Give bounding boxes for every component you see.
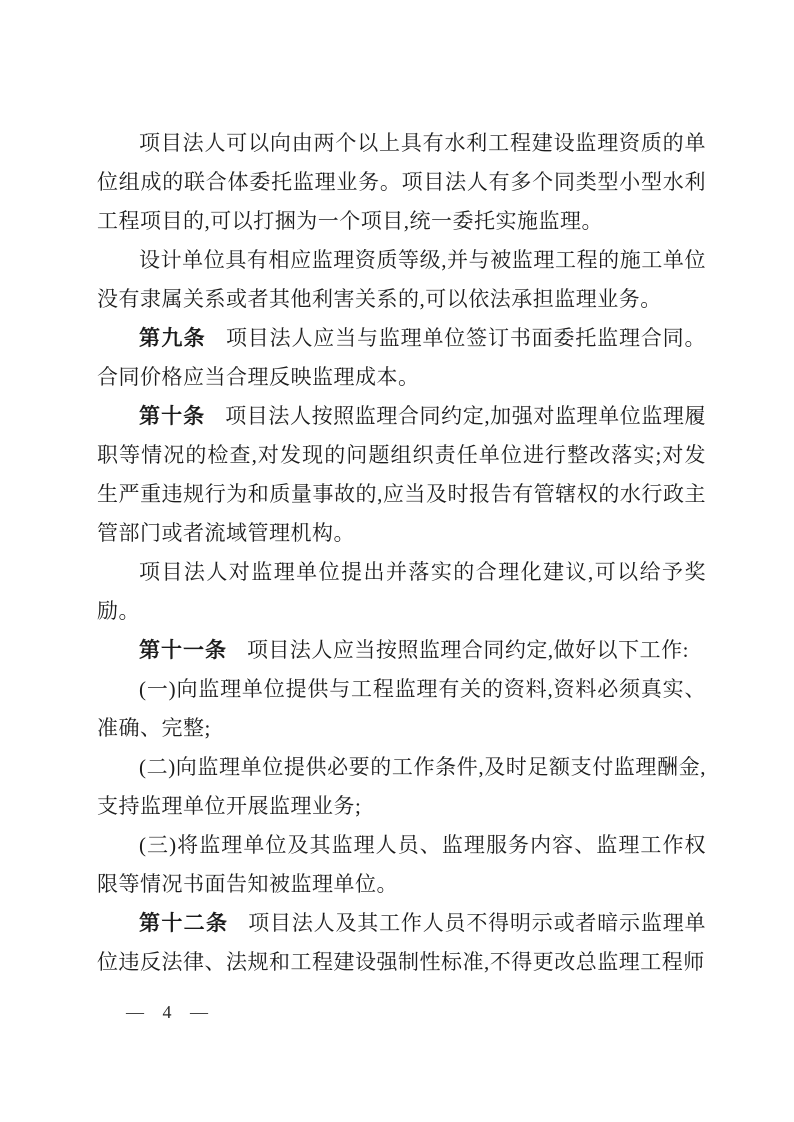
paragraph-text: 项目法人应当按照监理合同约定,做好以下工作: — [247, 638, 689, 662]
paragraph-text: (三)将监理单位及其监理人员、监理服务内容、监理工作权限等情况书面告知被监理单位… — [97, 833, 706, 896]
article-number: 第十二条 — [139, 912, 228, 935]
paragraph-text: 设计单位具有相应监理资质等级,并与被监理工程的施工单位没有隶属关系或者其他利害关… — [97, 248, 706, 311]
paragraph-text: 项目法人可以向由两个以上具有水利工程建设监理资质的单位组成的联合体委托监理业务。… — [97, 131, 706, 233]
paragraph: 第十二条项目法人及其工作人员不得明示或者暗示监理单位违反法律、法规和工程建设强制… — [97, 904, 706, 982]
page-number: — 4 — — [126, 1000, 215, 1024]
paragraph-text: (二)向监理单位提供必要的工作条件,及时足额支付监理酬金,支持监理单位开展监理业… — [97, 755, 706, 818]
document-body: 项目法人可以向由两个以上具有水利工程建设监理资质的单位组成的联合体委托监理业务。… — [97, 124, 706, 982]
article-number: 第十条 — [139, 405, 205, 428]
paragraph: 第十一条项目法人应当按照监理合同约定,做好以下工作: — [97, 631, 706, 670]
paragraph: (三)将监理单位及其监理人员、监理服务内容、监理工作权限等情况书面告知被监理单位… — [97, 826, 706, 904]
paragraph: 第十条项目法人按照监理合同约定,加强对监理单位监理履职等情况的检查,对发现的问题… — [97, 397, 706, 553]
document-page: 项目法人可以向由两个以上具有水利工程建设监理资质的单位组成的联合体委托监理业务。… — [0, 0, 794, 1122]
paragraph: (二)向监理单位提供必要的工作条件,及时足额支付监理酬金,支持监理单位开展监理业… — [97, 748, 706, 826]
article-number: 第十一条 — [139, 639, 227, 662]
paragraph: (一)向监理单位提供与工程监理有关的资料,资料必须真实、准确、完整; — [97, 670, 706, 748]
article-number: 第九条 — [139, 327, 206, 350]
paragraph: 项目法人可以向由两个以上具有水利工程建设监理资质的单位组成的联合体委托监理业务。… — [97, 124, 706, 241]
paragraph-text: 项目法人对监理单位提出并落实的合理化建议,可以给予奖励。 — [97, 560, 706, 623]
paragraph: 设计单位具有相应监理资质等级,并与被监理工程的施工单位没有隶属关系或者其他利害关… — [97, 241, 706, 319]
paragraph: 第九条项目法人应当与监理单位签订书面委托监理合同。合同价格应当合理反映监理成本。 — [97, 319, 706, 397]
paragraph: 项目法人对监理单位提出并落实的合理化建议,可以给予奖励。 — [97, 553, 706, 631]
paragraph-text: (一)向监理单位提供与工程监理有关的资料,资料必须真实、准确、完整; — [97, 677, 706, 740]
